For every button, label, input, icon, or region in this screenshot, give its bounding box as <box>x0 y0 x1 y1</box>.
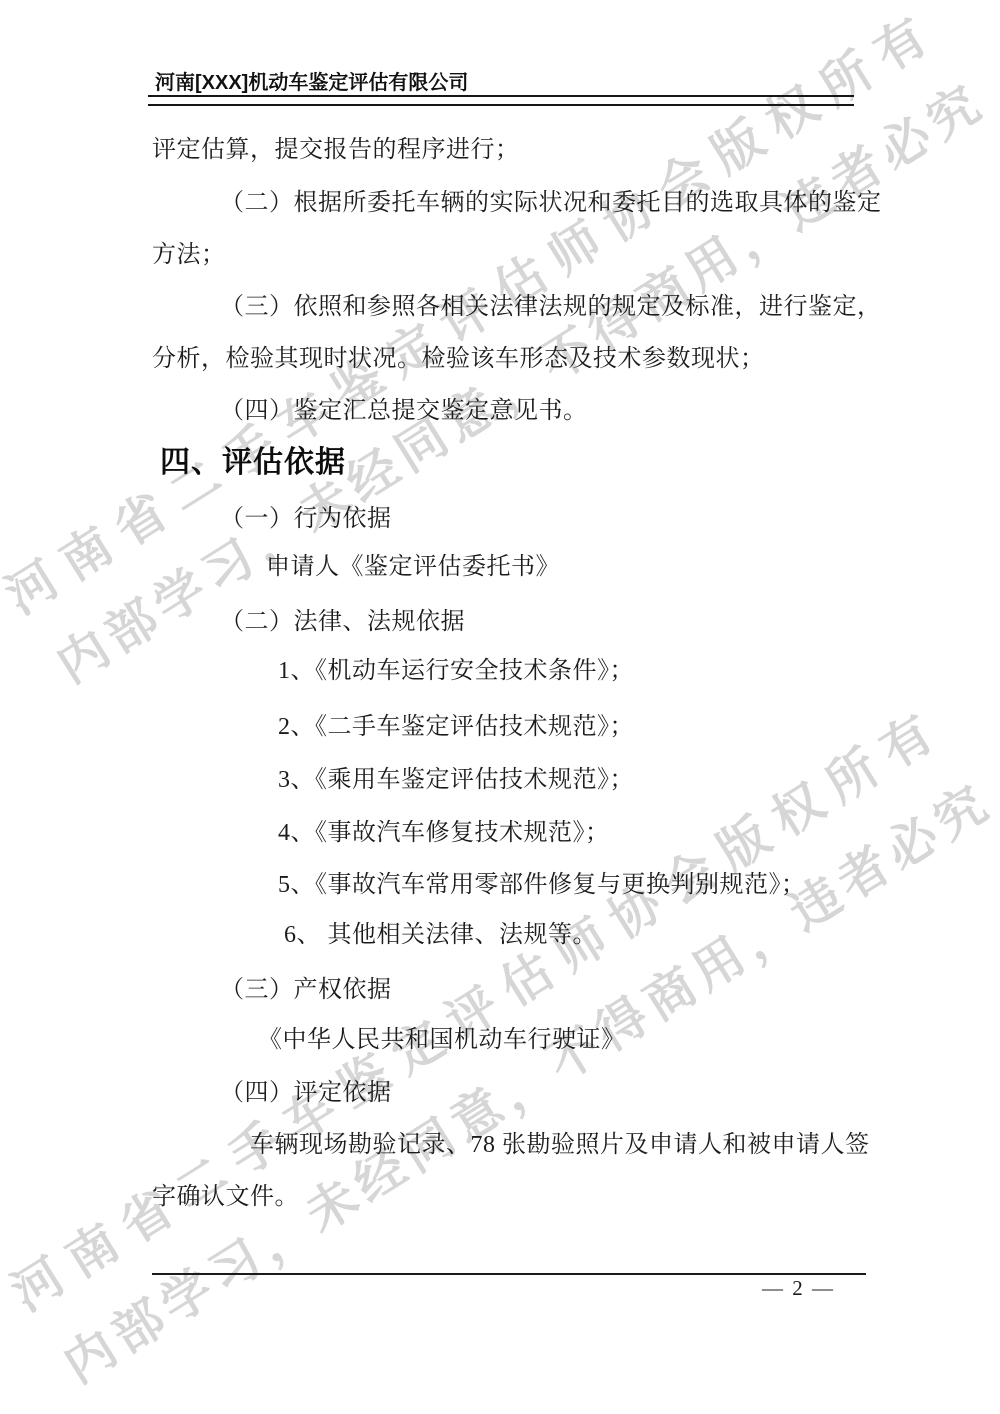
body-line: （二）根据所委托车辆的实际状况和委托目的选取具体的鉴定 <box>220 188 882 218</box>
section-heading: 四、评估依据 <box>160 446 346 480</box>
body-line: 申请人《鉴定评估委托书》 <box>266 552 560 582</box>
body-line: （一）行为依据 <box>220 504 392 534</box>
body-line: 方法； <box>152 240 226 270</box>
document-page: 河南省二手车鉴定评估师协会版权所有 内部学习，未经同意，不得商用，违者必究 河南… <box>0 0 1000 1414</box>
body-line: （四）评定依据 <box>220 1078 392 1108</box>
page-number: — 2 — <box>762 1276 835 1301</box>
company-name: 河南[XXX]机动车鉴定评估有限公司 <box>155 66 468 95</box>
footer-divider <box>152 1273 866 1275</box>
body-line: 车辆现场勘验记录、78 张勘验照片及申请人和被申请人签 <box>250 1130 870 1160</box>
body-line: 分析，检验其现时状况。检验该车形态及技术参数现状； <box>152 344 765 374</box>
body-line: （三）产权依据 <box>220 975 392 1005</box>
body-line: （二）法律、法规依据 <box>220 607 465 637</box>
watermark-text-lower-2: 内部学习，未经同意，不得商用，违者必究 <box>56 775 1000 1391</box>
list-item: 6、 其他相关法律、法规等。 <box>284 920 597 950</box>
body-line: 字确认文件。 <box>152 1182 299 1212</box>
body-line: 《中华人民共和国机动车行驶证》 <box>258 1025 626 1055</box>
list-item: 3、《乘用车鉴定评估技术规范》； <box>278 765 634 795</box>
body-line: 评定估算，提交报告的程序进行； <box>152 135 520 165</box>
body-line: （三）依照和参照各相关法律法规的规定及标准，进行鉴定， <box>220 292 882 322</box>
list-item: 1、《机动车运行安全技术条件》； <box>278 656 634 686</box>
header-divider <box>148 95 854 106</box>
list-item: 2、《二手车鉴定评估技术规范》； <box>278 712 634 742</box>
body-line: （四）鉴定汇总提交鉴定意见书。 <box>220 396 588 426</box>
list-item: 5、《事故汽车常用零部件修复与更换判别规范》； <box>278 870 806 900</box>
list-item: 4、《事故汽车修复技术规范》； <box>278 818 610 848</box>
watermark-text-upper-2: 内部学习，未经同意，不得商用，违者必究 <box>49 75 994 691</box>
